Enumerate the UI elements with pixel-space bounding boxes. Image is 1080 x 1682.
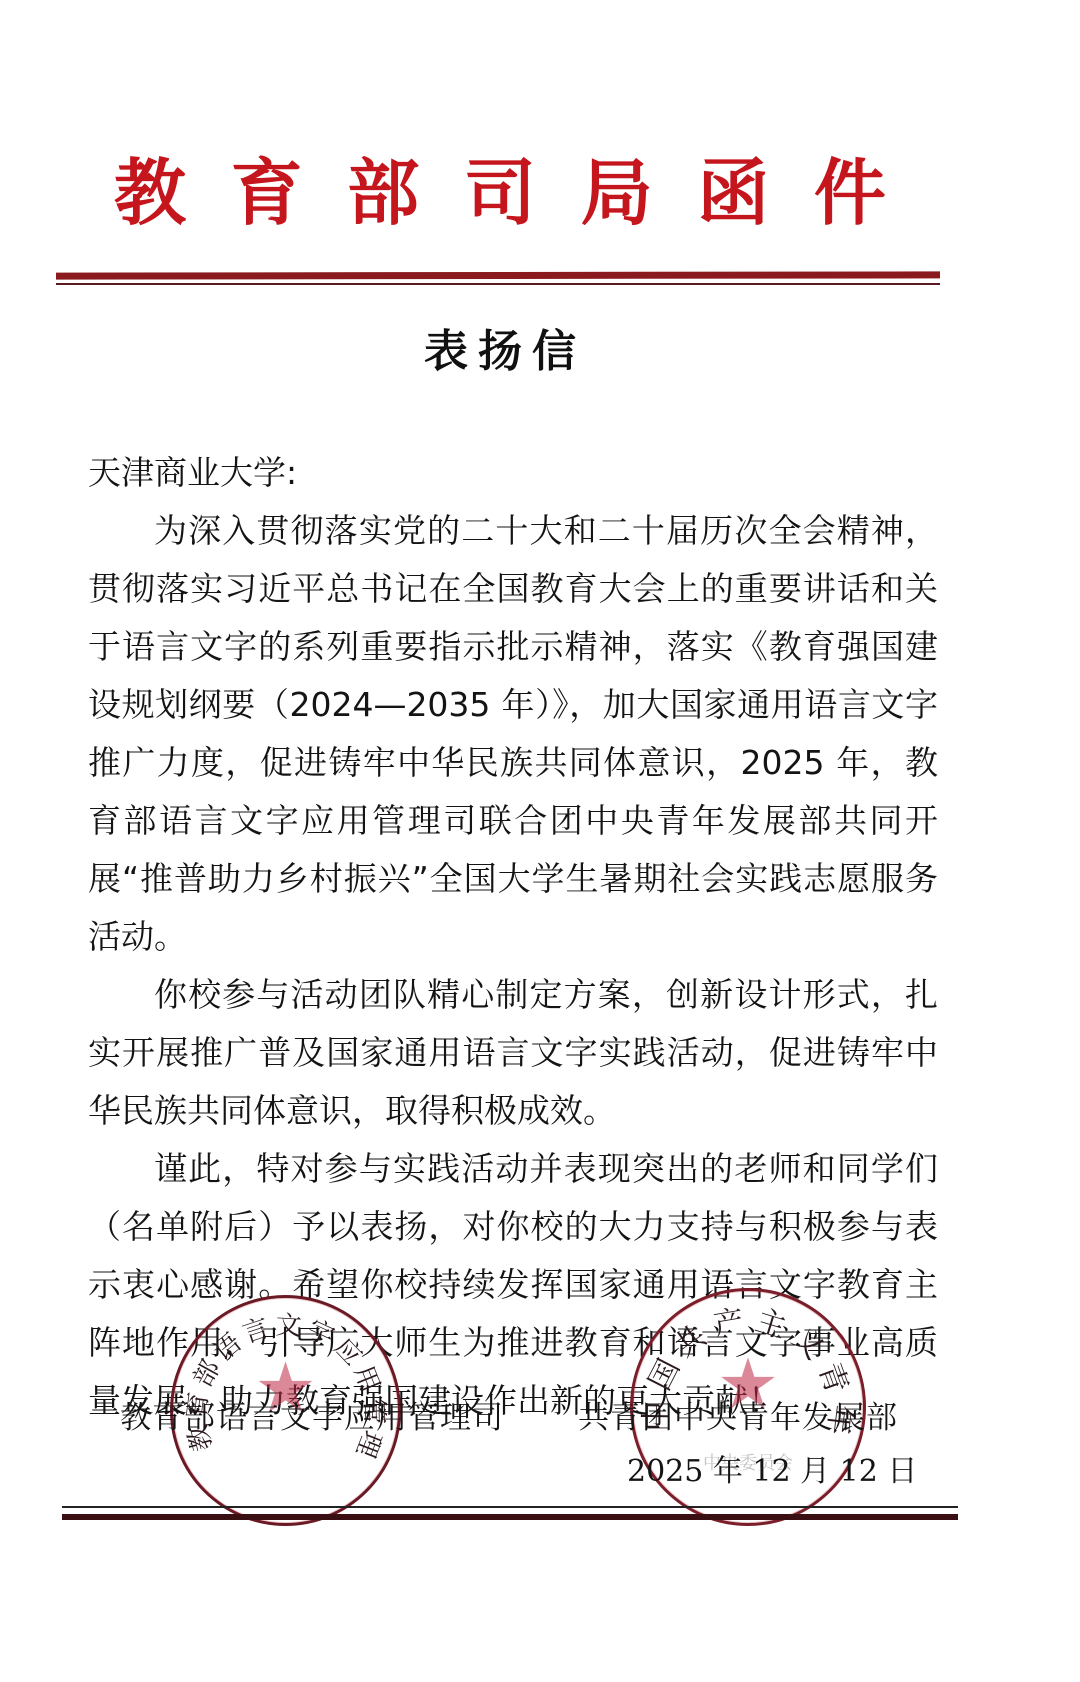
- letterhead-char: 函: [693, 148, 773, 238]
- header-rule-thin: [56, 283, 940, 285]
- footer-rule-thick: [62, 1514, 958, 1520]
- issue-date: 2025 年 12 月 12 日: [627, 1446, 917, 1490]
- letterhead-title: 教 育 部 司 局 函 件: [110, 148, 890, 238]
- paragraph: 为深入贯彻落实党的二十大和二十届历次全会精神，贯彻落实习近平总书记在全国教育大会…: [88, 502, 938, 966]
- header-rule-thick: [56, 271, 940, 279]
- letterhead-char: 件: [810, 148, 890, 238]
- signature-left: 教育部语言文字应用管理司: [120, 1392, 504, 1437]
- letterhead-char: 教: [110, 148, 190, 238]
- salutation: 天津商业大学:: [88, 444, 938, 502]
- signature-right: 共青团中央青年发展部: [578, 1392, 898, 1437]
- letterhead: 教 育 部 司 局 函 件: [0, 148, 1080, 248]
- letterhead-char: 司: [460, 148, 540, 238]
- paragraph: 你校参与活动团队精心制定方案，创新设计形式，扎实开展推广普及国家通用语言文字实践…: [88, 966, 938, 1140]
- letterhead-char: 育: [227, 148, 307, 238]
- document-title: 表扬信: [0, 315, 1010, 379]
- footer-rule-thin: [62, 1506, 958, 1508]
- letterhead-char: 局: [577, 148, 657, 238]
- letter-body: 天津商业大学: 为深入贯彻落实党的二十大和二十届历次全会精神，贯彻落实习近平总书…: [88, 444, 938, 1430]
- letterhead-char: 部: [343, 148, 423, 238]
